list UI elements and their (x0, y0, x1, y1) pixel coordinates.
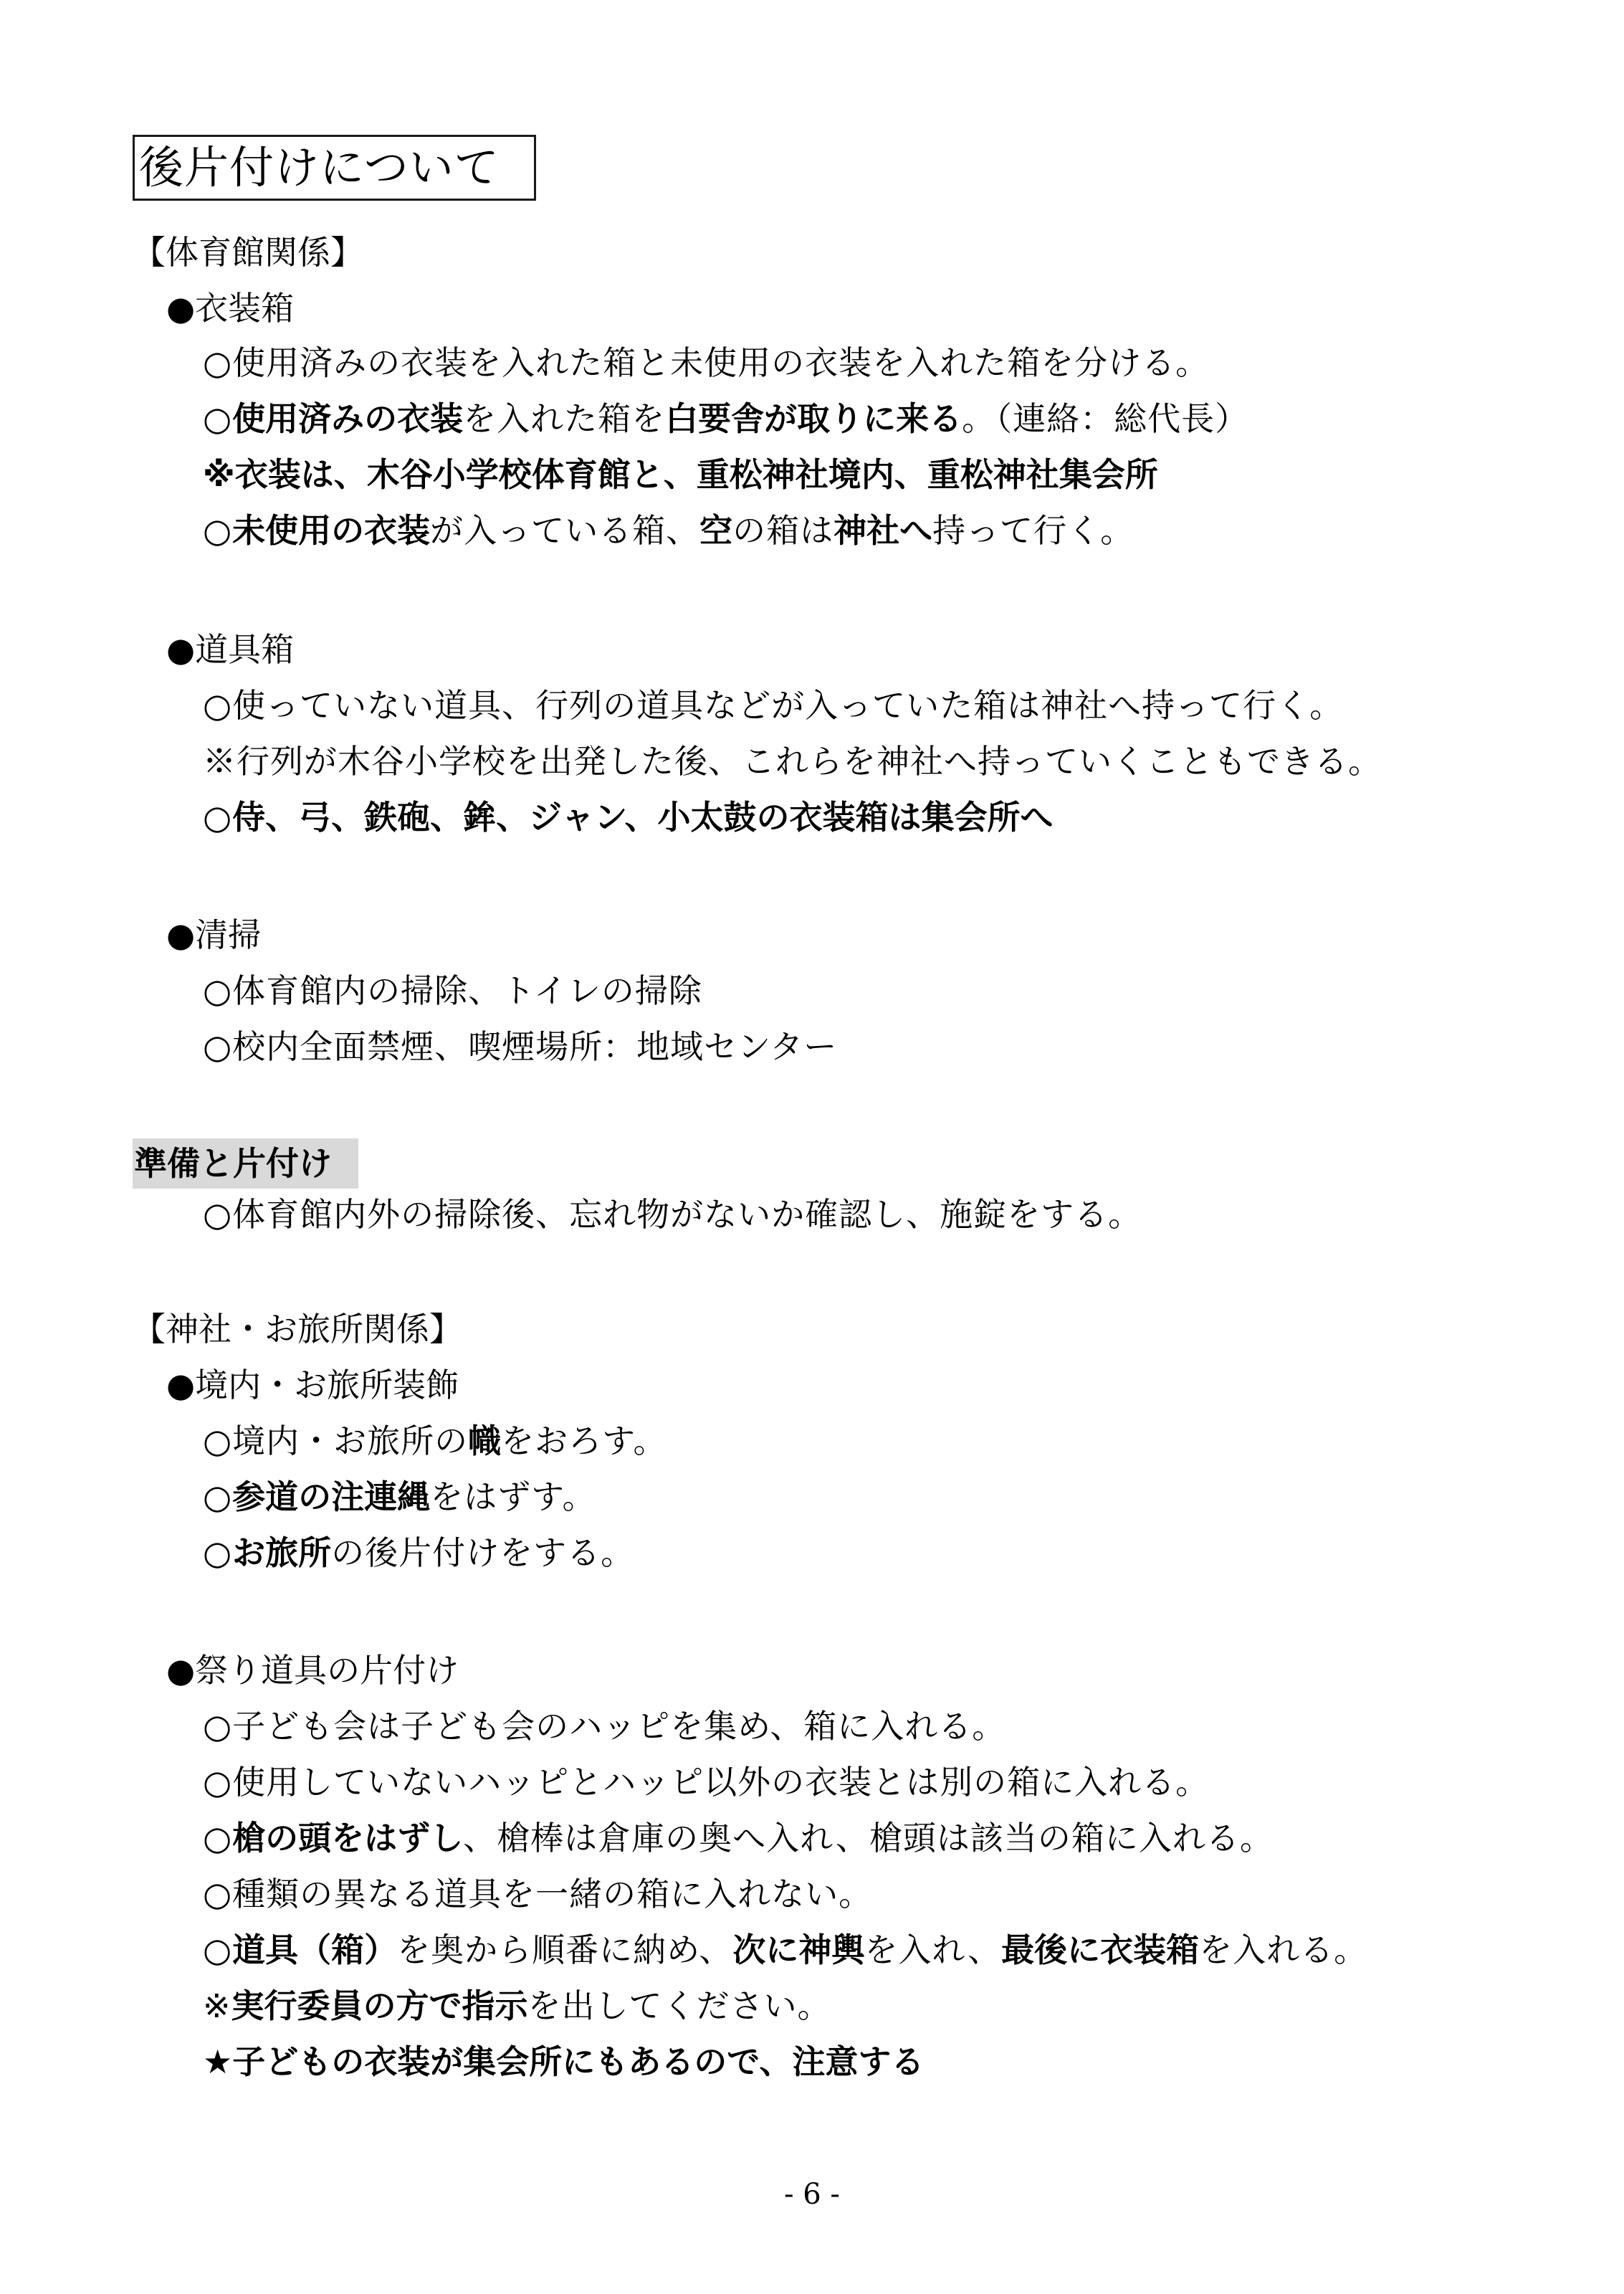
section-heading-shrine: 【神社・お旅所関係】 (133, 1309, 462, 1349)
warning-item: ★子どもの衣装が集会所にもあるので、注意する (203, 2042, 924, 2083)
emphasized-text: 侍、弓、鉄砲、鉾、ジャン、小太鼓の衣装箱は集会所へ (232, 798, 1053, 837)
emphasized-text: 使用済みの衣装 (232, 399, 463, 438)
emphasized-text: ★子どもの衣装が集会所にもあるので、注意する (203, 2042, 924, 2081)
body-text: を出してください。 (528, 1986, 831, 2025)
body-text: ○ (203, 1931, 232, 1969)
section-heading-prep: 準備と片付け (133, 1138, 358, 1189)
body-text: ○ (203, 1477, 232, 1516)
body-text: の箱は (732, 511, 834, 550)
subheading-festival-tools: ●祭り道具の片付け (166, 1650, 459, 1690)
list-item: ○槍の頭をはずし、槍棒は倉庫の奥へ入れ、槍頭は該当の箱に入れる。 (203, 1818, 1274, 1859)
list-item: ○使用済みの衣装を入れた箱と未使用の衣装を入れた箱を分ける。 (203, 343, 1209, 384)
body-text: を入れた箱を (463, 399, 665, 438)
subheading-costume-box: ●衣装箱 (166, 288, 294, 328)
emphasized-text: 実行委員の方で指示 (231, 1986, 528, 2025)
list-item: ○未使用の衣装が入っている箱、空の箱は神社へ持って行く。 (203, 510, 1134, 551)
body-text: ※行列が木谷小学校を出発した後、これらを神社へ持っていくこともできる。 (203, 742, 1382, 781)
list-item: ○使っていない道具、行列の道具などが入っていた箱は神社へ持って行く。 (203, 685, 1343, 726)
body-text: ○使っていない道具、行列の道具などが入っていた箱は神社へ持って行く。 (203, 686, 1343, 725)
list-item: ○子ども会は子ども会のハッピを集め、箱に入れる。 (203, 1706, 1006, 1747)
body-text: を入れる。 (1199, 1931, 1367, 1969)
body-text: ○校内全面禁煙、喫煙場所：地域センター (203, 1027, 837, 1066)
list-item: ○種類の異なる道具を一緒の箱に入れない。 (203, 1874, 872, 1915)
list-item: ○お旅所の後片付けをする。 (203, 1533, 634, 1574)
body-text: ※ (203, 1986, 231, 2025)
note-item: ※衣装は、木谷小学校体育館と、重松神社境内、重松神社集会所 (203, 454, 1158, 495)
body-text: ○種類の異なる道具を一緒の箱に入れない。 (203, 1875, 872, 1913)
emphasized-text: 神社へ (834, 511, 932, 550)
emphasized-text: 最後に衣装箱 (1001, 1931, 1199, 1969)
list-item: ○使用していないハッピとハッピ以外の衣装とは別の箱に入れる。 (203, 1762, 1209, 1803)
emphasized-text: ※衣装は、木谷小学校体育館と、重松神社境内、重松神社集会所 (203, 455, 1158, 494)
emphasized-text: 次に神輿 (732, 1931, 864, 1969)
list-item: ○体育館内外の掃除後、忘れ物がないか確認し、施錠をする。 (203, 1194, 1142, 1235)
document-page: 後片付けについて 【体育館関係】 ●衣装箱 ○使用済みの衣装を入れた箱と未使用の… (0, 0, 1624, 2294)
body-text: を入れ、 (864, 1931, 1001, 1969)
emphasized-text: 未使用の衣装 (232, 511, 430, 550)
list-item: ○侍、弓、鉄砲、鉾、ジャン、小太鼓の衣装箱は集会所へ (203, 797, 1054, 838)
body-text: の後片付けをする。 (331, 1533, 634, 1572)
body-text: ○ (203, 1819, 232, 1857)
body-text: をはずす。 (430, 1477, 596, 1516)
list-item: ○道具（箱）を奥から順番に納め、次に神輿を入れ、最後に衣装箱を入れる。 (203, 1930, 1367, 1971)
subheading-cleaning: ●清掃 (166, 915, 261, 955)
body-text: ○ (203, 511, 232, 550)
list-item: ○使用済みの衣装を入れた箱を白要舎が取りに来る。（連絡：総代長） (203, 399, 1248, 439)
section-heading-gym: 【体育館関係】 (133, 232, 363, 272)
body-text: ○体育館内外の掃除後、忘れ物がないか確認し、施錠をする。 (203, 1195, 1142, 1234)
body-text: 、槍棒は倉庫の奥へ入れ、槍頭は該当の箱に入れる。 (463, 1819, 1274, 1857)
page-number: - 6 - (0, 2178, 1624, 2211)
emphasized-text: 白要舎が取りに来る (665, 399, 962, 438)
emphasized-text: 参道の注連縄 (232, 1477, 430, 1516)
emphasized-text: 槍の頭をはずし (232, 1819, 463, 1857)
note-item: ※行列が木谷小学校を出発した後、これらを神社へ持っていくこともできる。 (203, 741, 1382, 782)
list-item: ○参道の注連縄をはずす。 (203, 1477, 596, 1518)
emphasized-text: 道具（箱） (232, 1931, 397, 1969)
emphasized-text: 空 (699, 511, 732, 550)
subheading-decoration: ●境内・お旅所装飾 (166, 1365, 459, 1405)
body-text: 持って行く。 (932, 511, 1134, 550)
body-text: ○ (203, 1533, 232, 1572)
body-text: ○ (203, 399, 232, 438)
subheading-tool-box: ●道具箱 (166, 629, 294, 670)
body-text: ○使用していないハッピとハッピ以外の衣装とは別の箱に入れる。 (203, 1763, 1209, 1802)
list-item: ○校内全面禁煙、喫煙場所：地域センター (203, 1027, 837, 1067)
list-item: ○体育館内の掃除、トイレの掃除 (203, 971, 702, 1012)
body-text: ○体育館内の掃除、トイレの掃除 (203, 971, 702, 1010)
page-title: 後片付けについて (133, 135, 536, 201)
body-text: が入っている箱、 (430, 511, 699, 550)
body-text: をおろす。 (501, 1422, 667, 1460)
body-text: ○子ども会は子ども会のハッピを集め、箱に入れる。 (203, 1707, 1006, 1746)
list-item: ○境内・お旅所の幟をおろす。 (203, 1421, 667, 1462)
emphasized-text: お旅所 (232, 1533, 331, 1572)
body-text: ○境内・お旅所の (203, 1422, 468, 1460)
body-text: ○ (203, 798, 232, 837)
note-item: ※実行委員の方で指示を出してください。 (203, 1986, 831, 2027)
body-text: を奥から順番に納め、 (397, 1931, 732, 1969)
emphasized-text: 幟 (468, 1422, 501, 1460)
body-text: ○使用済みの衣装を入れた箱と未使用の衣装を入れた箱を分ける。 (203, 343, 1209, 382)
body-text: 。（連絡：総代長） (962, 399, 1248, 438)
